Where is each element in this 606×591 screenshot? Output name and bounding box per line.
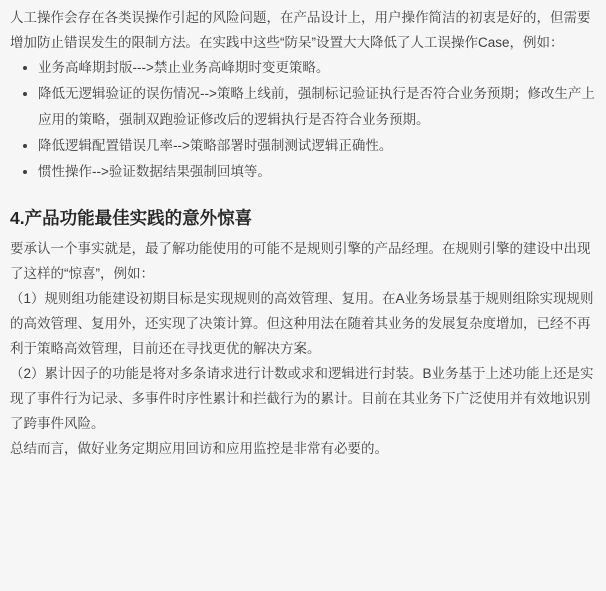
pitfall-list: 业务高峰期封版--->禁止业务高峰期时变更策略。 降低无逻辑验证的误伤情况-->… <box>10 55 596 185</box>
fact-paragraph: 要承认一个事实就是，最了解功能使用的可能不是规则引擎的产品经理。在规则引擎的建设… <box>10 236 596 286</box>
list-item: 降低逻辑配置错误几率-->策略部署时强制测试逻辑正确性。 <box>38 133 596 159</box>
list-item: 惯性操作-->验证数据结果强制回填等。 <box>38 159 596 185</box>
list-item: 业务高峰期封版--->禁止业务高峰期时变更策略。 <box>38 55 596 81</box>
intro-paragraph: 人工操作会存在各类误操作引起的风险问题，在产品设计上，用户操作简洁的初衷是好的，… <box>10 5 596 55</box>
example-paragraph-2: （2）累计因子的功能是将对多条请求进行计数或求和逻辑进行封装。B业务基于上述功能… <box>10 361 596 436</box>
example-paragraph-1: （1）规则组功能建设初期目标是实现规则的高效管理、复用。在A业务场景基于规则组除… <box>10 286 596 361</box>
section-heading: 4.产品功能最佳实践的意外惊喜 <box>10 205 596 231</box>
closing-paragraph: 总结而言，做好业务定期应用回访和应用监控是非常有必要的。 <box>10 436 596 461</box>
list-item: 降低无逻辑验证的误伤情况-->策略上线前，强制标记验证执行是否符合业务预期；修改… <box>38 81 596 133</box>
article-body: 人工操作会存在各类误操作引起的风险问题，在产品设计上，用户操作简洁的初衷是好的，… <box>0 0 606 461</box>
